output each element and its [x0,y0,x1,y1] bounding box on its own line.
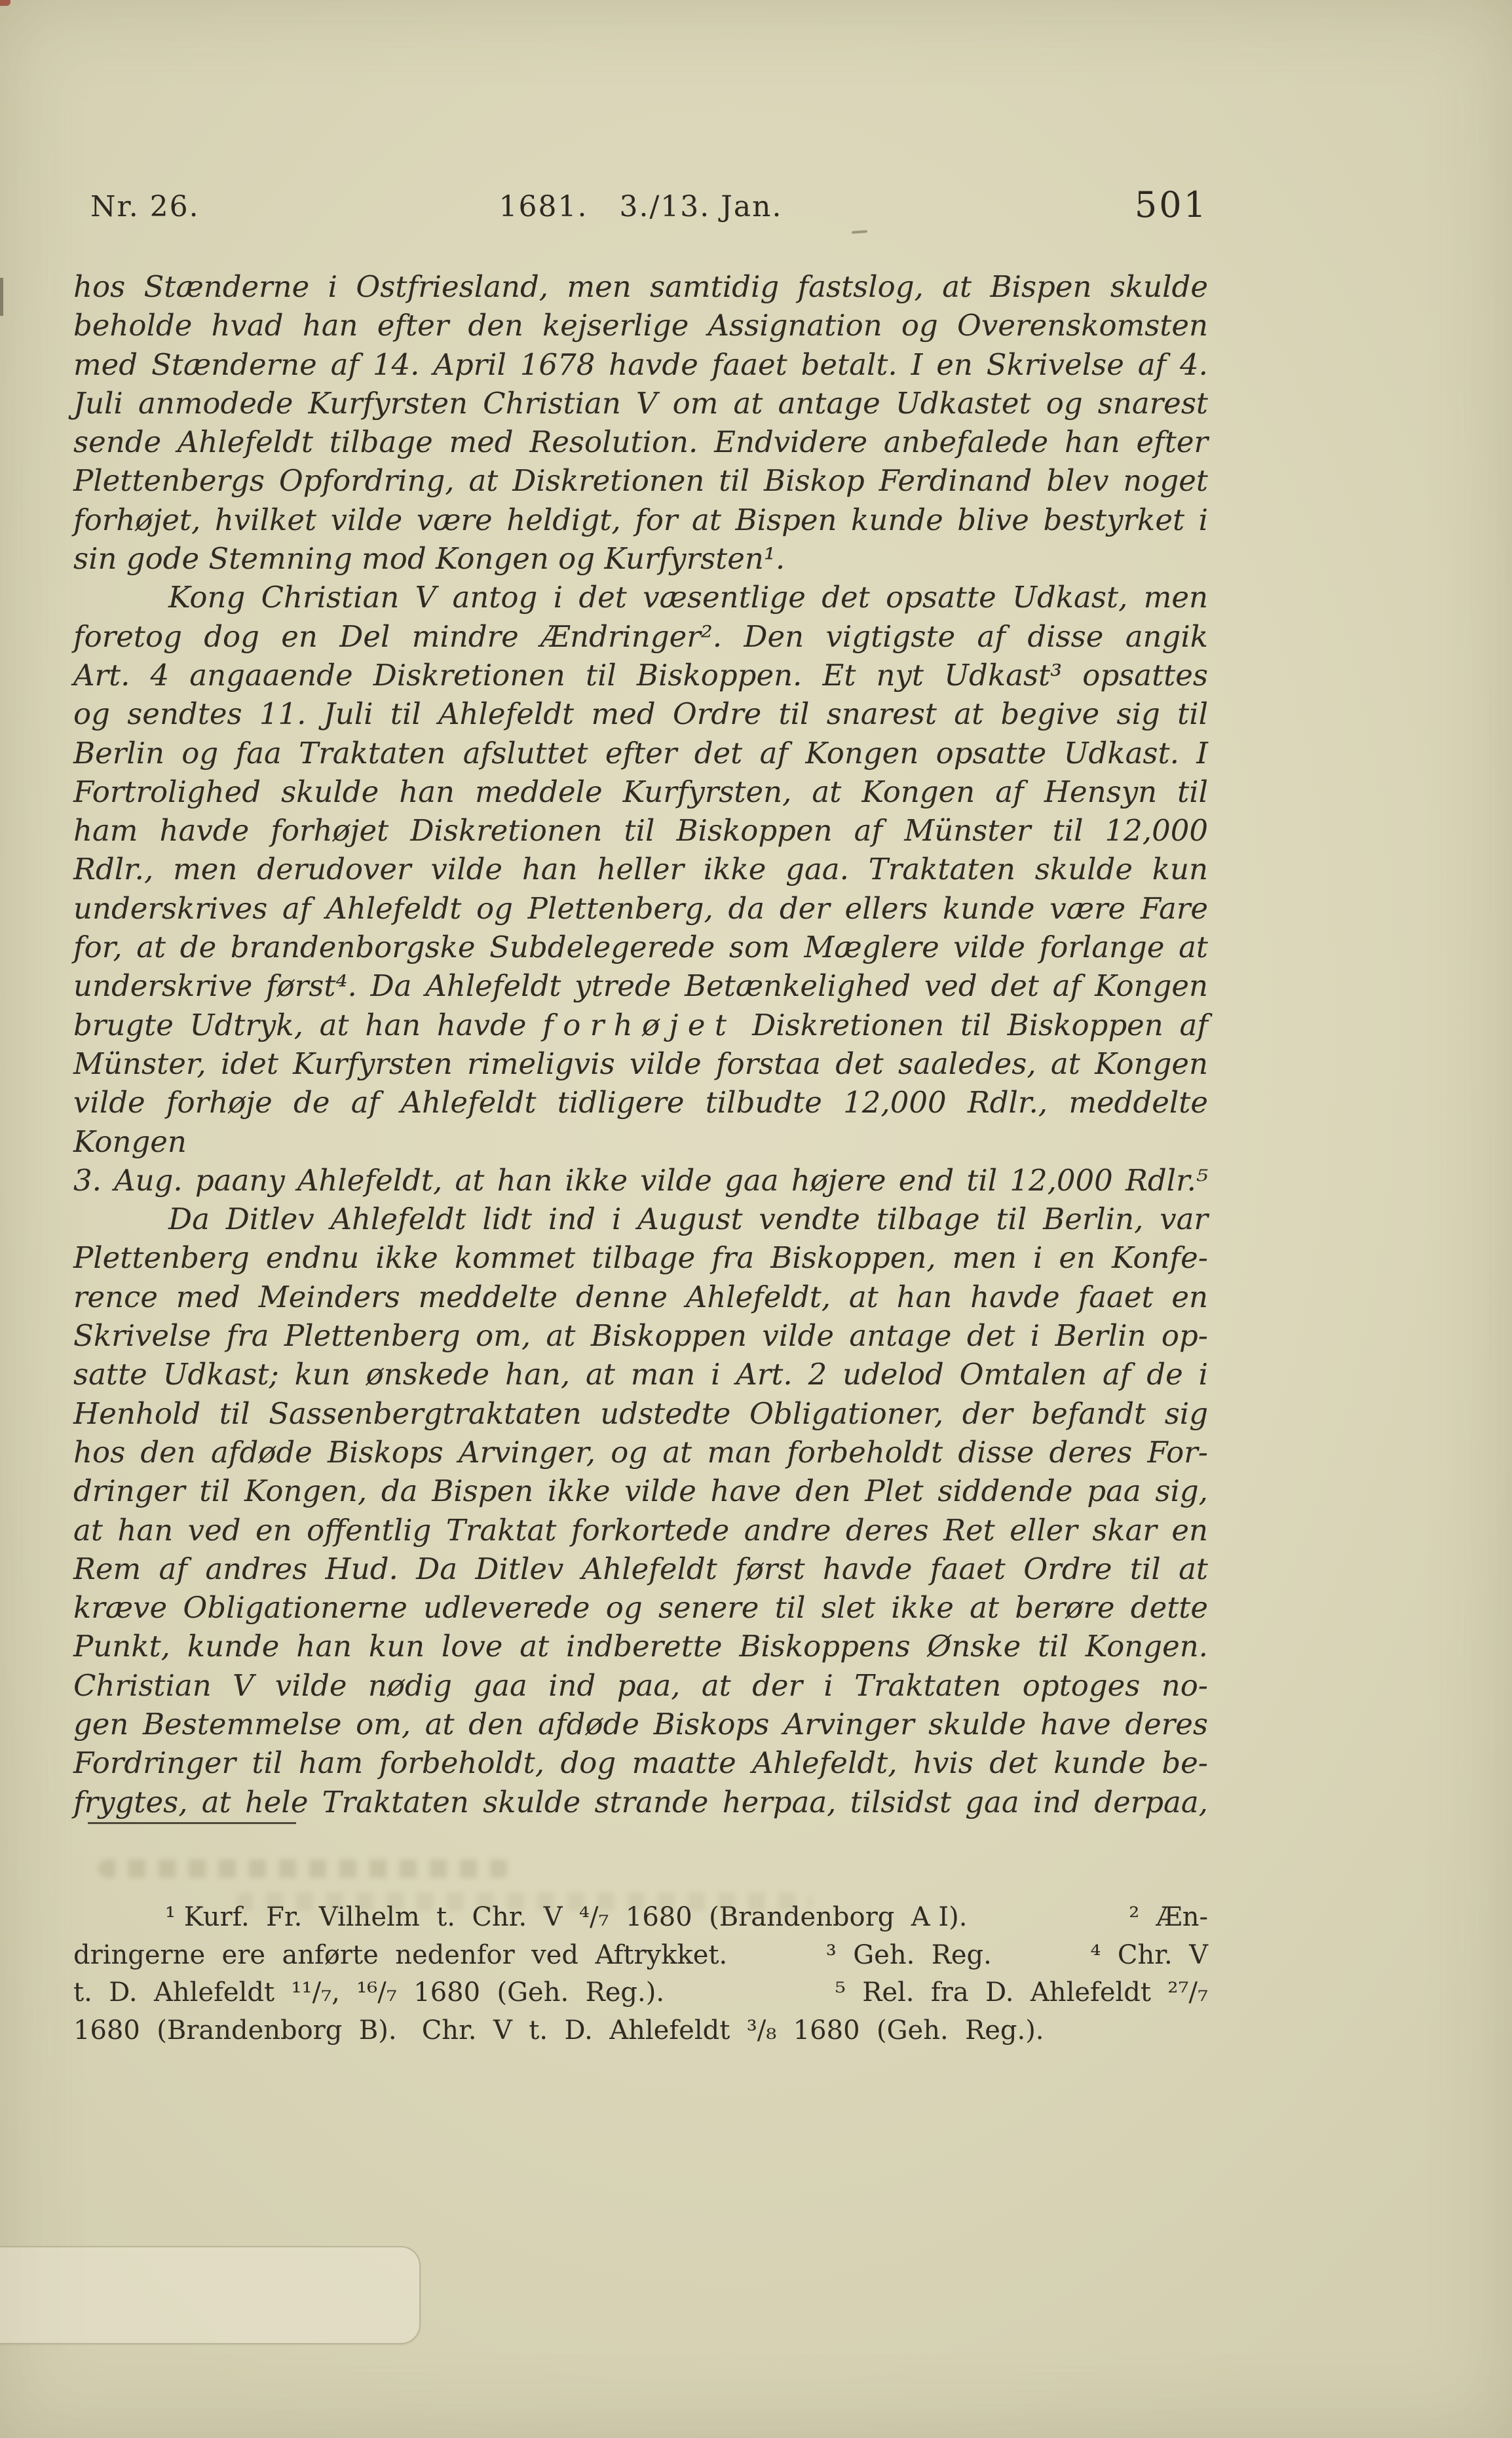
text-line: underskrive først⁴. Da Ahlefeldt ytrede … [73,966,1208,1005]
text-line: underskrives af Ahlefeldt og Plettenberg… [73,889,1208,928]
footnote-separator-rule [88,1822,296,1824]
footnote-chunk: ⁴ Chr. V [1090,1937,1208,1975]
text-line: Fordringer til ham forbeholdt, dog maatt… [73,1743,1208,1782]
text-line: Plettenberg endnu ikke kommet tilbage fr… [73,1238,1208,1277]
text-line: Kong Christian V antog i det væsentlige … [73,578,1208,617]
text-line: vilde forhøje de af Ahlefeldt tidligere … [73,1083,1208,1161]
text-line: sin gode Stemning mod Kongen og Kurfyrst… [73,539,1208,578]
footnote-line: t. D. Ahlefeldt ¹¹/₇, ¹⁶/₇ 1680 (Geh. Re… [73,1974,1208,2012]
text-line: at han ved en offentlig Traktat forkorte… [73,1511,1208,1550]
text-line: hos den afdøde Biskops Arvinger, og at m… [73,1433,1208,1472]
text-line: og sendtes 11. Juli til Ahlefeldt med Or… [73,695,1208,733]
footnote-chunk: ⁵ Rel. fra D. Ahlefeldt ²⁷/₇ [835,1974,1208,2012]
scan-artifact-label [0,2246,421,2344]
body-text: hos Stænderne i Ostfriesland, men samtid… [73,267,1208,1821]
scan-artifact-edge [0,278,3,316]
text-line: Juli anmodede Kurfyrsten Christian V om … [73,384,1208,423]
text-line: sende Ahlefeldt tilbage med Resolution. … [73,423,1208,461]
footnote-line: 1680 (Brandenborg B). Chr. V t. D. Ahlef… [73,2012,1208,2050]
text-line: Rem af andres Hud. Da Ditlev Ahlefeldt f… [73,1550,1208,1588]
text-line: beholde hvad han efter den kejserlige As… [73,306,1208,345]
book-page: Nr. 26. 1681. 3./13. Jan. 501 hos Stænde… [0,0,1512,2438]
text-line: dringer til Kongen, da Bispen ikke vilde… [73,1472,1208,1510]
text-line: satte Udkast; kun ønskede han, at man i … [73,1355,1208,1394]
text-line: for, at de brandenborgske Subdelegerede … [73,928,1208,966]
text-line: Henhold til Sassenbergtraktaten udstedte… [73,1394,1208,1433]
footnote-chunk: ² Æn- [1129,1899,1208,1937]
text-line: Münster, idet Kurfyrsten rimeligvis vild… [73,1044,1208,1083]
ink-bleed-artifact [98,1859,511,1878]
footnote-chunk: dringerne ere anførte nedenfor ved Aftry… [73,1937,727,1975]
text-line: foretog dog en Del mindre Ændringer². De… [73,617,1208,656]
text-line: Rdlr., men derudover vilde han heller ik… [73,850,1208,888]
ink-bleed-artifact [236,1892,812,1911]
text-line: frygtes, at hele Traktaten skulde strand… [73,1783,1208,1821]
scan-artifact-dash [852,230,867,234]
text-line: gen Bestemmelse om, at den afdøde Biskop… [73,1705,1208,1743]
header-date: 1681. 3./13. Jan. [73,190,1208,223]
text-line: Plettenbergs Opfordring, at Diskretionen… [73,461,1208,500]
text-line: Berlin og faa Traktaten afsluttet efter … [73,734,1208,772]
text-line: Da Ditlev Ahlefeldt lidt ind i August ve… [73,1200,1208,1238]
footnote-chunk: 1680 (Brandenborg B). Chr. V t. D. Ahlef… [73,2015,1044,2046]
scan-artifact-corner [0,0,10,6]
emphasized-word: forhøjet [542,1008,736,1042]
page-header: Nr. 26. 1681. 3./13. Jan. 501 [73,184,1208,230]
text-line: Fortrolighed skulde han meddele Kurfyrst… [73,772,1208,811]
text-line: ham havde forhøjet Diskretionen til Bisk… [73,811,1208,850]
text-line: med Stænderne af 14. April 1678 havde fa… [73,345,1208,384]
text-line: forhøjet, hvilket vilde være heldigt, fo… [73,501,1208,539]
footnote-line: dringerne ere anførte nedenfor ved Aftry… [73,1937,1208,1975]
footnote-chunk: ³ Geh. Reg. [826,1937,992,1975]
text-line: hos Stænderne i Ostfriesland, men samtid… [73,267,1208,306]
footnotes: ¹ Kurf. Fr. Vilhelm t. Chr. V ⁴/₇ 1680 (… [73,1899,1208,2049]
text-line: brugte Udtryk, at han havde forhøjet Dis… [73,1006,1208,1044]
text-line: rence med Meinders meddelte denne Ahlefe… [73,1278,1208,1316]
text-line: Punkt, kunde han kun love at indberette … [73,1627,1208,1666]
text-line: kræve Obligationerne udleverede og sener… [73,1588,1208,1627]
text-line: Art. 4 angaaende Diskretionen til Biskop… [73,656,1208,695]
text-line: Christian V vilde nødig gaa ind paa, at … [73,1666,1208,1705]
text-line: 3. Aug. paany Ahlefeldt, at han ikke vil… [73,1161,1208,1200]
text-line: Skrivelse fra Plettenberg om, at Biskopp… [73,1316,1208,1355]
page-number: 501 [1135,184,1208,225]
footnote-chunk: t. D. Ahlefeldt ¹¹/₇, ¹⁶/₇ 1680 (Geh. Re… [73,1974,664,2012]
